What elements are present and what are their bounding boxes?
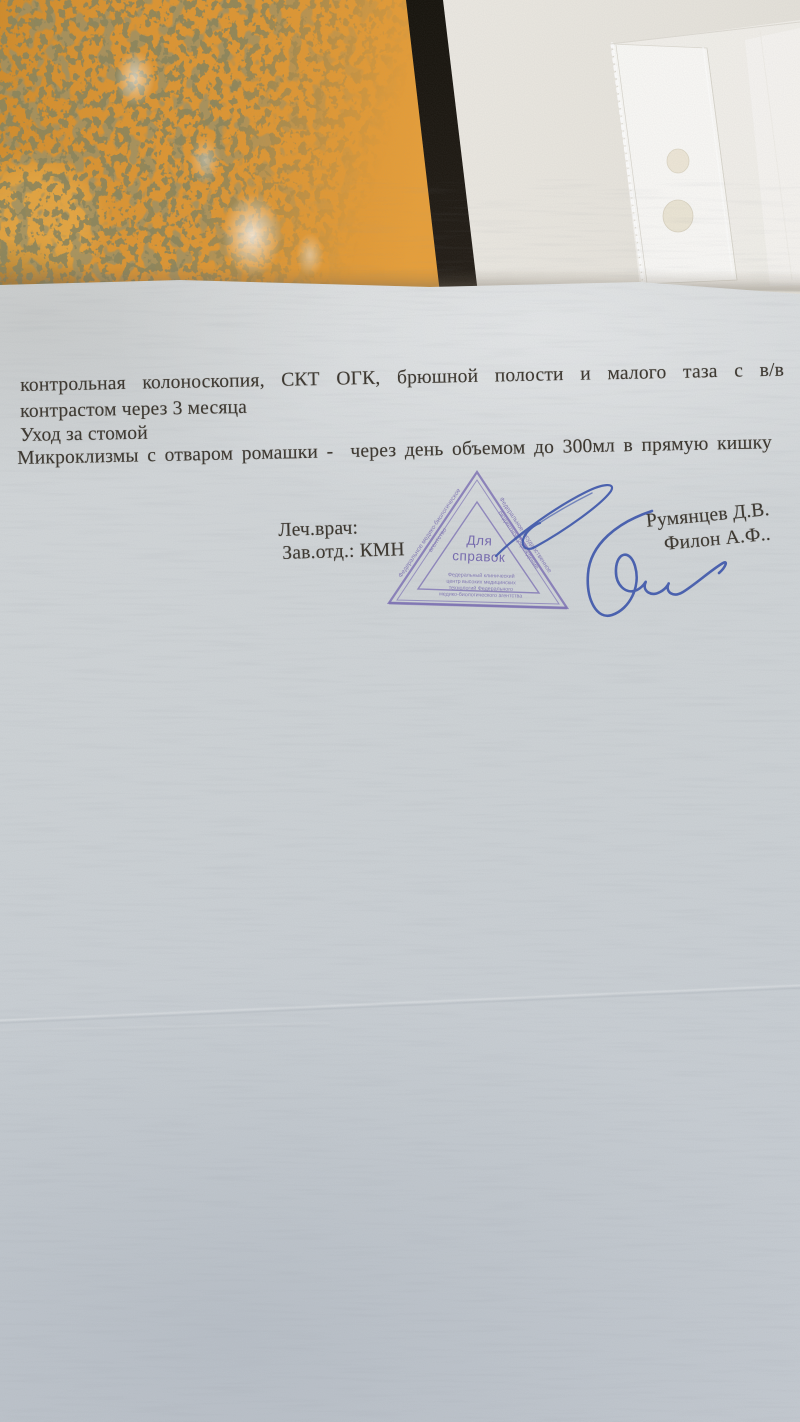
punch-hole [667,149,689,173]
head-of-department-label: Зав.отд.: КМН [282,538,405,565]
plastic-sleeve [560,0,800,300]
document-line: Уход за стомой [20,422,148,448]
folder-cover [0,0,446,302]
attending-doctor-label: Леч.врач: [278,516,359,542]
document-line: контрастом через 3 месяца [20,396,247,424]
folder-texture [0,0,446,302]
punch-hole [663,200,693,232]
photo-scene: контрольная колоноскопия, СКТ ОГК, брюшн… [0,0,800,1422]
